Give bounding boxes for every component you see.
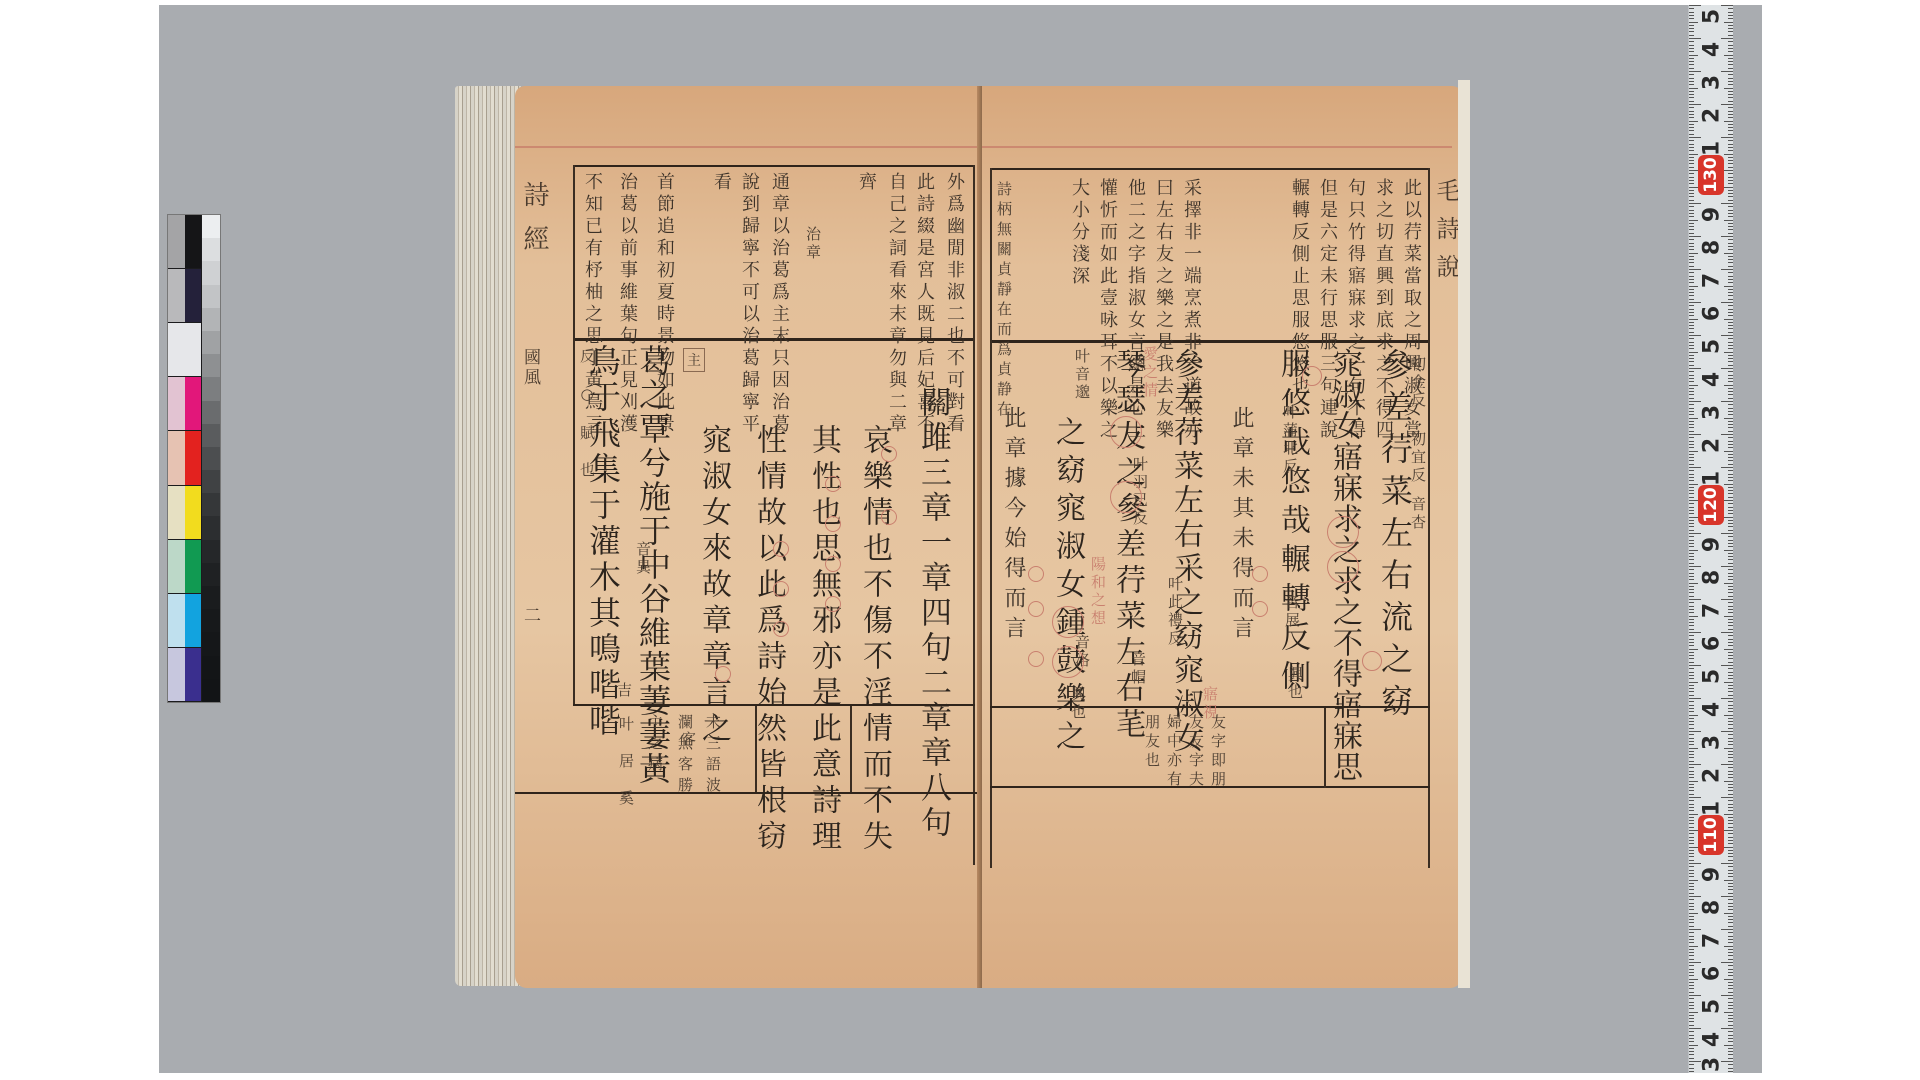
- ruler-tick: [1689, 309, 1694, 310]
- ruler-tick: [1728, 757, 1733, 758]
- ruler-tick: [1689, 711, 1694, 712]
- color-patch: [168, 540, 185, 593]
- ruler-tick: [1728, 926, 1733, 927]
- ruler-number: 5: [1700, 2, 1725, 32]
- ruler-tick: [1728, 873, 1733, 874]
- ruler-tick: [1689, 658, 1694, 659]
- ruler-tick: [1689, 579, 1694, 580]
- ruler-tick: [1689, 74, 1694, 75]
- ruler-tick: [1728, 160, 1733, 161]
- ruler-tick: [1728, 596, 1733, 597]
- ruler-tick: [1689, 612, 1694, 613]
- ruler-tick: [1689, 31, 1694, 32]
- ruler-tick: [1689, 305, 1694, 306]
- ruler-tick: [1689, 35, 1694, 36]
- ruler-number: 9: [1700, 860, 1725, 890]
- red-rule-line: [982, 146, 1452, 148]
- ruler-tick: [1728, 309, 1733, 310]
- header-top-rule: [990, 168, 1430, 170]
- ruler-tick: [1689, 939, 1694, 940]
- ruler-tick: [1689, 424, 1694, 425]
- ruler-tick: [1728, 490, 1733, 491]
- ruler-tick: [1724, 880, 1733, 881]
- ruler-tick: [1728, 843, 1733, 844]
- ruler-tick: [1689, 705, 1694, 706]
- annotation-circle-mark: [1327, 551, 1359, 583]
- ruler-tick: [1728, 378, 1733, 379]
- ruler-number: 6: [1700, 629, 1725, 659]
- annotation-circle-mark: [881, 446, 897, 462]
- ruler-tick: [1689, 952, 1694, 953]
- ruler-tick: [1724, 781, 1733, 782]
- chapter-note-column: 此章據今始得而言: [1002, 406, 1024, 646]
- ruler-tick: [1724, 979, 1733, 980]
- ruler-tick: [1728, 771, 1733, 772]
- ruler-tick: [1728, 955, 1733, 956]
- ruler-tick: [1728, 358, 1733, 359]
- ruler-tick: [1728, 510, 1733, 511]
- ruler-tick: [1689, 837, 1694, 838]
- phonetic-gloss: 音異: [635, 541, 650, 577]
- ruler-tick: [1689, 114, 1694, 115]
- phonetic-gloss: 叶音邈: [1074, 348, 1089, 402]
- ruler-tick: [1689, 97, 1694, 98]
- ruler-tick: [1728, 787, 1733, 788]
- ruler-tick: [1728, 705, 1733, 706]
- footer-note-column: 友字即朋: [1210, 714, 1225, 790]
- ruler-tick: [1728, 678, 1733, 679]
- phonetic-gloss: 初金反: [1410, 356, 1425, 410]
- ruler-tick: [1728, 163, 1733, 164]
- ruler-tick: [1728, 299, 1733, 300]
- ruler-tick: [1728, 157, 1733, 158]
- ruler-tick: [1728, 262, 1733, 263]
- ruler-tick: [1689, 394, 1694, 395]
- ruler-tick: [1689, 25, 1694, 26]
- ruler-tick: [1689, 28, 1694, 29]
- ruler-tick: [1689, 1048, 1694, 1049]
- ruler-tick: [1689, 101, 1694, 102]
- ruler-tick: [1728, 507, 1733, 508]
- ruler-tick: [1728, 790, 1733, 791]
- ruler-tick: [1728, 612, 1733, 613]
- ruler-tick: [1689, 998, 1694, 999]
- ruler-tick: [1689, 196, 1694, 197]
- ruler-tick: [1728, 823, 1733, 824]
- ruler-tick: [1689, 375, 1694, 376]
- ruler-tick: [1689, 550, 1698, 551]
- ruler-tick: [1728, 1031, 1733, 1032]
- ruler-tick: [1728, 734, 1733, 735]
- ruler-tick: [1728, 243, 1733, 244]
- ruler-tick: [1728, 127, 1733, 128]
- frame-right-rule: [973, 165, 975, 865]
- ruler-tick: [1689, 365, 1694, 366]
- ruler-tick: [1728, 1025, 1733, 1026]
- ruler-tick: [1689, 371, 1694, 372]
- ruler-tick: [1728, 784, 1733, 785]
- grayscale-patch: [202, 238, 220, 261]
- ruler-tick: [1689, 286, 1698, 287]
- ruler-tick: [1728, 794, 1733, 795]
- ruler-tick: [1728, 569, 1733, 570]
- ruler-tick: [1689, 12, 1694, 13]
- ruler-tick: [1728, 741, 1733, 742]
- ruler-tick: [1728, 540, 1733, 541]
- ruler-tick: [1689, 906, 1694, 907]
- ruler-tick: [1689, 695, 1694, 696]
- ruler-tick: [1724, 154, 1733, 155]
- grayscale-patch: [202, 447, 220, 470]
- ruler-tick: [1689, 1054, 1694, 1055]
- ruler-tick: [1728, 625, 1733, 626]
- ruler-tick: [1728, 932, 1733, 933]
- ruler-tick: [1728, 480, 1733, 481]
- ruler-tick: [1689, 216, 1694, 217]
- ruler-tick: [1728, 134, 1733, 135]
- ruler-tick: [1728, 576, 1733, 577]
- ruler-tick: [1728, 295, 1733, 296]
- ruler-tick: [1689, 457, 1694, 458]
- ruler-tick: [1728, 870, 1733, 871]
- ruler-tick: [1728, 992, 1733, 993]
- ruler-tick: [1689, 348, 1694, 349]
- ruler-tick: [1728, 239, 1733, 240]
- ruler-tick: [1728, 744, 1733, 745]
- ruler-tick: [1728, 322, 1733, 323]
- ruler-tick: [1724, 418, 1733, 419]
- ruler-tick: [1724, 517, 1733, 518]
- ruler-tick: [1728, 493, 1733, 494]
- ruler-tick: [1728, 949, 1733, 950]
- ruler-tick: [1689, 886, 1694, 887]
- footer-note-column: 朋友也: [1144, 714, 1159, 771]
- ruler-tick: [1689, 688, 1694, 689]
- ruler-tick: [1689, 741, 1694, 742]
- ruler-tick: [1728, 942, 1733, 943]
- ruler-tick: [1724, 847, 1733, 848]
- ruler-tick: [1728, 28, 1733, 29]
- main-text-column: 關雎三章一章四句二章章八句: [917, 386, 948, 841]
- ruler-number: 2: [1700, 431, 1725, 461]
- ruler-tick: [1728, 642, 1733, 643]
- ruler-tick: [1689, 754, 1694, 755]
- ruler-tick: [1689, 328, 1694, 329]
- ruler-tick: [1724, 385, 1733, 386]
- ruler-tick: [1728, 850, 1733, 851]
- ruler-tick: [1689, 1071, 1694, 1072]
- ruler-tick: [1689, 569, 1694, 570]
- ruler-tick: [1689, 932, 1694, 933]
- ruler-tick: [1728, 606, 1733, 607]
- ruler-tick: [1728, 503, 1733, 504]
- ruler-tick: [1728, 61, 1733, 62]
- phonetic-gloss: 叶此禮反: [1167, 576, 1182, 648]
- ruler-tick: [1728, 536, 1733, 537]
- grayscale-patch: [202, 656, 220, 679]
- ruler-tick: [1689, 609, 1694, 610]
- ruler-tick: [1728, 233, 1733, 234]
- ruler-tick: [1728, 652, 1733, 653]
- color-patch: [168, 215, 185, 268]
- ruler-tick: [1728, 223, 1733, 224]
- ruler-tick: [1728, 675, 1733, 676]
- ruler-tick: [1689, 728, 1694, 729]
- main-text-column: 參差荇菜左右流之窈: [1379, 348, 1411, 726]
- ruler-tick: [1689, 342, 1694, 343]
- color-patch: [185, 215, 201, 268]
- annotation-circle-mark: [825, 556, 841, 572]
- ruler-tick: [1728, 777, 1733, 778]
- ruler-tick: [1689, 68, 1694, 69]
- ruler-tick: [1689, 985, 1694, 986]
- ruler-tick: [1728, 982, 1733, 983]
- ruler-tick: [1689, 493, 1694, 494]
- ruler-tick: [1689, 543, 1694, 544]
- annotation-circle-mark: [1028, 566, 1044, 582]
- ruler-tick: [1728, 622, 1733, 623]
- ruler-tick: [1689, 418, 1698, 419]
- ruler-tick: [1728, 523, 1733, 524]
- ruler-tick: [1689, 470, 1694, 471]
- ruler-tick: [1689, 645, 1694, 646]
- ruler-tick: [1689, 18, 1694, 19]
- ruler-tick: [1724, 550, 1733, 551]
- ruler-tick: [1689, 292, 1694, 293]
- ruler-tick: [1689, 193, 1694, 194]
- ruler-tick: [1689, 64, 1694, 65]
- ruler-tick: [1724, 748, 1733, 749]
- ruler-tick: [1689, 1045, 1698, 1046]
- ruler-tick: [1689, 78, 1694, 79]
- left-page: 詩經 國風 二 外爲幽閒非淑二也不可對看 此詩綴是宮人既見后妃喜不 自己之詞看來…: [515, 86, 982, 988]
- ruler-tick: [1689, 602, 1694, 603]
- ruler-tick: [1728, 662, 1733, 663]
- ruler-tick: [1728, 761, 1733, 762]
- ruler-tick: [1728, 427, 1733, 428]
- ruler-tick: [1689, 414, 1694, 415]
- ruler-tick: [1728, 193, 1733, 194]
- ruler-tick: [1728, 833, 1733, 834]
- ruler-tick: [1689, 180, 1694, 181]
- ruler-tick: [1724, 649, 1733, 650]
- ruler-tick: [1728, 45, 1733, 46]
- ruler-tick: [1728, 381, 1733, 382]
- ruler-tick: [1728, 1021, 1733, 1022]
- ruler-tick: [1689, 404, 1694, 405]
- ruler-tick: [1689, 870, 1694, 871]
- ruler-tick: [1689, 41, 1694, 42]
- annotation-circle-mark: [825, 516, 841, 532]
- annotation-circle-mark: [1052, 646, 1084, 678]
- ruler-tick: [1728, 1058, 1733, 1059]
- ruler-tick: [1689, 408, 1694, 409]
- ruler-tick: [1689, 873, 1694, 874]
- annotation-circle-mark: [1110, 416, 1142, 448]
- ruler-tick: [1689, 1038, 1694, 1039]
- ruler-tick: [1728, 315, 1733, 316]
- ruler-tick: [1689, 88, 1698, 89]
- ruler-tick: [1728, 408, 1733, 409]
- ruler-tick: [1689, 1021, 1694, 1022]
- ruler-tick: [1689, 804, 1694, 805]
- ruler-tick: [1689, 338, 1694, 339]
- ruler-tick: [1689, 107, 1694, 108]
- ruler-tick: [1728, 840, 1733, 841]
- ruler-tick: [1728, 804, 1733, 805]
- ruler-tick: [1689, 827, 1694, 828]
- ruler-tick: [1689, 451, 1698, 452]
- ruler-tick: [1728, 342, 1733, 343]
- ruler-number: 5: [1700, 992, 1725, 1022]
- ruler-tick: [1689, 909, 1694, 910]
- phonetic-gloss: 音帽: [1130, 651, 1145, 687]
- ruler-tick: [1728, 701, 1733, 702]
- ruler-tick: [1689, 678, 1694, 679]
- color-patch: [168, 648, 185, 701]
- annotation-circle-mark: [1252, 601, 1268, 617]
- ruler-tick: [1689, 8, 1694, 9]
- ruler-tick: [1728, 853, 1733, 854]
- ruler-tick: [1728, 411, 1733, 412]
- page-number: 二: [521, 606, 538, 626]
- ruler-tick: [1728, 886, 1733, 887]
- ruler-tick: [1689, 701, 1694, 702]
- ruler-tick: [1728, 35, 1733, 36]
- header-small-note: 治章: [805, 226, 820, 262]
- ruler-tick: [1689, 233, 1694, 234]
- ruler-tick: [1689, 441, 1694, 442]
- ruler-tick: [1728, 107, 1733, 108]
- footer-note-column: 主之病: [647, 714, 662, 777]
- ruler-tick: [1728, 751, 1733, 752]
- ruler-tick: [1689, 312, 1694, 313]
- ruler-tick: [1689, 675, 1694, 676]
- ruler-tick: [1689, 820, 1694, 821]
- ruler-tick: [1689, 130, 1694, 131]
- ruler-tick: [1728, 903, 1733, 904]
- ruler-tick: [1728, 282, 1733, 283]
- measuring-ruler: 543211309876543211209876543211109876543: [1688, 5, 1733, 1073]
- annotation-circle-mark: [773, 621, 789, 637]
- ruler-tick: [1689, 972, 1694, 973]
- ruler-tick: [1728, 355, 1733, 356]
- ruler-tick: [1724, 319, 1733, 320]
- ruler-tick: [1728, 213, 1733, 214]
- ruler-tick: [1689, 781, 1698, 782]
- ruler-tick: [1689, 388, 1694, 389]
- ruler-tick: [1689, 437, 1694, 438]
- ruler-tick: [1689, 860, 1694, 861]
- main-text-column: 服悠哉悠哉輾轉反側: [1277, 348, 1307, 699]
- ruler-tick: [1728, 117, 1733, 118]
- grayscale-patch: [202, 401, 220, 424]
- ruler-tick: [1728, 259, 1733, 260]
- ruler-tick: [1689, 239, 1694, 240]
- ruler-tick: [1728, 936, 1733, 937]
- footer-note-column: 末三語波: [705, 714, 720, 798]
- grayscale-patch: [202, 331, 220, 354]
- ruler-tick: [1689, 358, 1694, 359]
- ruler-tick: [1728, 906, 1733, 907]
- ruler-tick: [1689, 381, 1694, 382]
- ruler-tick: [1728, 497, 1733, 498]
- color-patch: [168, 486, 185, 539]
- ruler-tick: [1689, 662, 1694, 663]
- ruler-tick: [1689, 157, 1694, 158]
- ruler-tick: [1728, 919, 1733, 920]
- ruler-tick: [1728, 150, 1733, 151]
- phonetic-gloss: 反○賦也: [579, 348, 594, 499]
- ruler-number: 5: [1700, 332, 1725, 362]
- ruler-tick: [1689, 616, 1698, 617]
- page-right-edge: [1458, 80, 1470, 988]
- ruler-tick: [1689, 668, 1694, 669]
- ruler-tick: [1728, 837, 1733, 838]
- ruler-tick: [1689, 922, 1694, 923]
- ruler-tick: [1689, 596, 1694, 597]
- ruler-tick: [1724, 187, 1733, 188]
- ruler-tick: [1689, 266, 1694, 267]
- ruler-tick: [1728, 437, 1733, 438]
- ruler-number: 4: [1700, 695, 1725, 725]
- ruler-tick: [1728, 361, 1733, 362]
- ruler-tick: [1728, 190, 1733, 191]
- ruler-tick: [1689, 946, 1698, 947]
- ruler-tick: [1728, 827, 1733, 828]
- ruler-tick: [1689, 559, 1694, 560]
- ruler-tick: [1728, 487, 1733, 488]
- ruler-tick: [1728, 724, 1733, 725]
- ruler-tick: [1728, 909, 1733, 910]
- ruler-tick: [1689, 213, 1694, 214]
- ruler-tick: [1728, 114, 1733, 115]
- ruler-tick: [1689, 262, 1694, 263]
- color-patch: [185, 594, 201, 647]
- ruler-tick: [1689, 810, 1694, 811]
- ruler-tick: [1689, 398, 1694, 399]
- ruler-tick: [1689, 147, 1694, 148]
- ruler-tick: [1689, 81, 1694, 82]
- ruler-tick: [1728, 573, 1733, 574]
- ruler-tick: [1728, 394, 1733, 395]
- ruler-tick: [1689, 15, 1694, 16]
- ruler-tick: [1689, 121, 1698, 122]
- ruler-tick: [1728, 1018, 1733, 1019]
- ruler-tick: [1689, 691, 1694, 692]
- ruler-tick: [1728, 889, 1733, 890]
- ruler-tick: [1689, 530, 1694, 531]
- ruler-tick: [1728, 64, 1733, 65]
- main-text-column: 性情故以此爲詩始然皆根窃: [753, 424, 783, 856]
- ruler-tick: [1728, 817, 1733, 818]
- grayscale-patch: [202, 308, 220, 331]
- ruler-tick: [1689, 299, 1694, 300]
- ruler-tick: [1728, 338, 1733, 339]
- ruler-tick: [1728, 371, 1733, 372]
- ruler-tick: [1689, 843, 1694, 844]
- ruler-tick: [1728, 998, 1733, 999]
- ruler-tick: [1728, 177, 1733, 178]
- ruler-tick: [1689, 639, 1694, 640]
- ruler-tick: [1728, 375, 1733, 376]
- ruler-tick: [1728, 988, 1733, 989]
- margin-section-label: 國風: [521, 348, 538, 388]
- ruler-tick: [1689, 807, 1694, 808]
- ruler-tick: [1689, 1015, 1694, 1016]
- ruler-tick: [1689, 761, 1694, 762]
- ruler-tick: [1728, 101, 1733, 102]
